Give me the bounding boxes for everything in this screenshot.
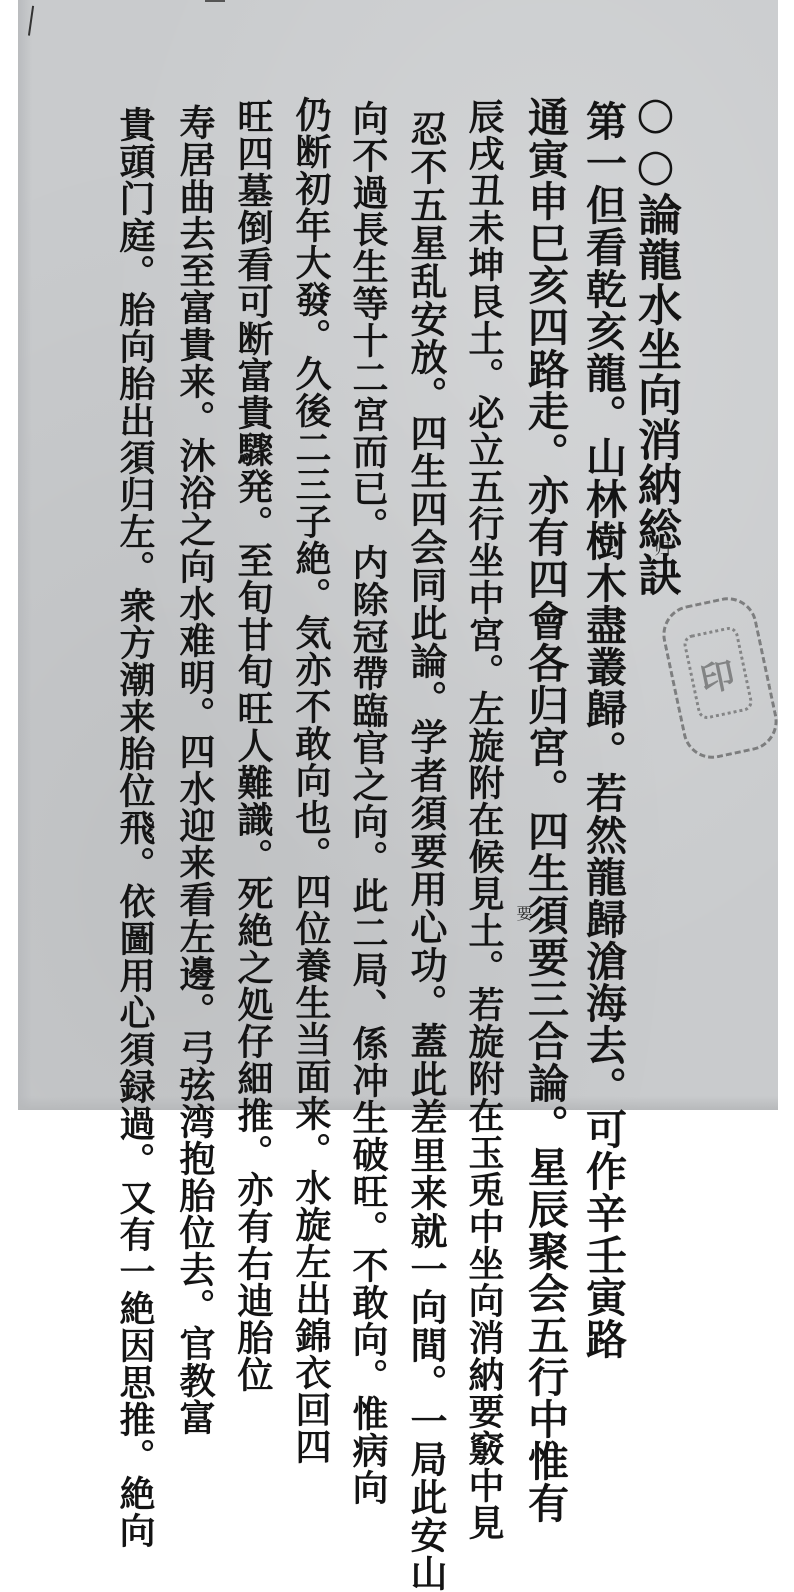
text-column-3: 通寅申巳亥四路走。亦有四會各归宮。四生須要三合論。星辰聚会五行中惟有 bbox=[522, 96, 568, 1096]
text-column-4: 辰戌丑未坤艮土。必立五行坐中宮。左旋附在候見土。若旋附在玉兎中坐向消納要竅中見 bbox=[463, 98, 505, 1098]
text-column-5: 忍不五星乱安放。四生四会同此論。学者須要用心功。蓋此差里来就一向間。一局此安山 bbox=[405, 110, 447, 1110]
top-tick-mark bbox=[205, 0, 225, 2]
text-column-7: 仍断初年大發。久後二三子絶。気亦不敢向也。四位養生当面来。水旋左出錦衣回四 bbox=[290, 96, 332, 1096]
column-title: ○○論龍水坐向消納総訣 bbox=[632, 88, 678, 597]
text-column-2: 第一但看乾亥龍。山林樹木盡叢歸。若然龍歸滄海去。可作辛壬寅路 bbox=[580, 100, 626, 1100]
text-column-9: 寿居曲去至富貴来。沐浴之向水难明。四水迎来看左邊。弓弦湾抱胎位去。官教富 bbox=[174, 104, 216, 1104]
text-column-10: 貴頭门庭。胎向胎出須归左。衆方潮来胎位飛。依圖用心須録過。又有一絶因思推。絶向 bbox=[114, 106, 156, 1106]
text-column-6: 向不過長生等十二宮而已。内除冠帶臨官之向。此二局、係冲生破旺。不敢向。惟病向 bbox=[347, 100, 389, 1100]
text-column-8: 旺四墓倒看可断富貴驟発。至旬甘旬旺人難識。死絶之処仔細推。亦有右迪胎位 bbox=[232, 98, 274, 1098]
marginal-annotation-gui: 归 bbox=[650, 540, 673, 556]
page-edge-shadow bbox=[18, 0, 32, 1110]
marginal-annotation-yao: 要 bbox=[512, 905, 535, 921]
